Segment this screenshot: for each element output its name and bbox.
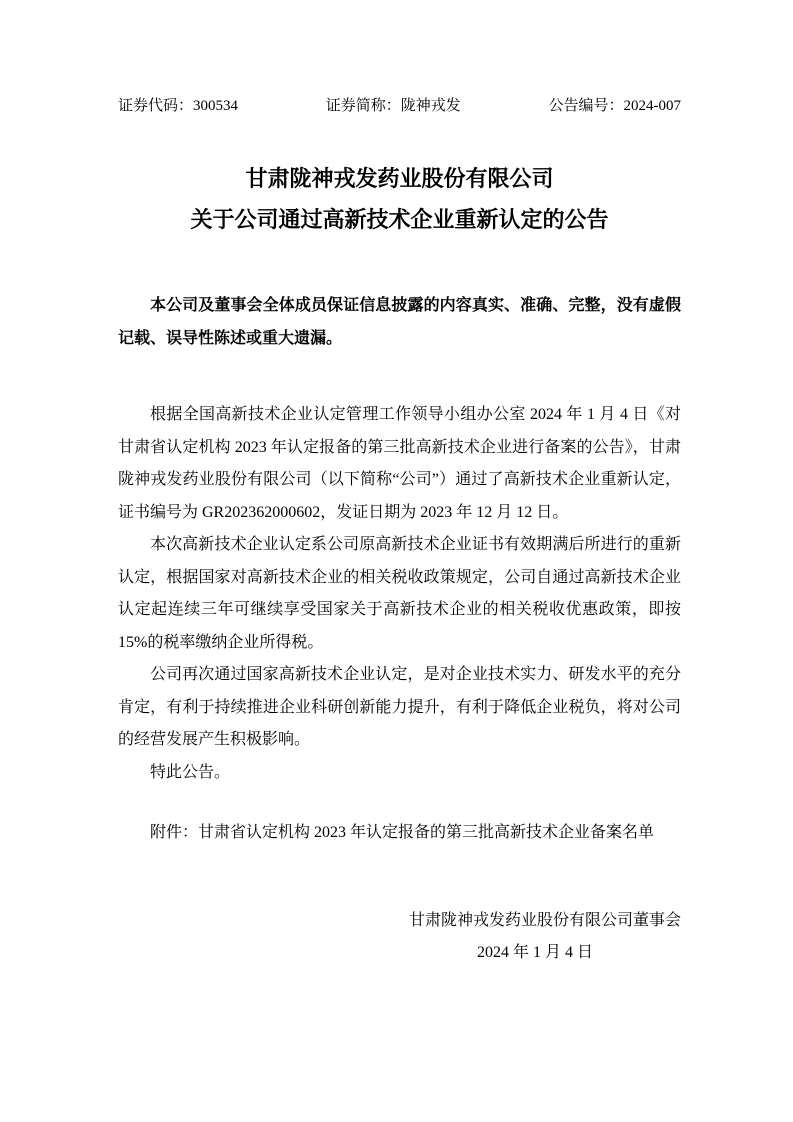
signature-block: 甘肃陇神戎发药业股份有限公司董事会 2024 年 1 月 4 日 (118, 905, 681, 970)
document-header: 证券代码：300534 证券简称：陇神戎发 公告编号：2024-007 (118, 96, 681, 116)
attachment-line: 附件：甘肃省认定机构 2023 年认定报备的第三批高新技术企业备案名单 (118, 817, 681, 850)
stock-abbreviation-value: 陇神戎发 (401, 98, 461, 114)
announcement-page: 证券代码：300534 证券简称：陇神戎发 公告编号：2024-007 甘肃陇神… (0, 0, 793, 1122)
announcement-number: 公告编号：2024-007 (548, 96, 681, 116)
signature-company: 甘肃陇神戎发药业股份有限公司董事会 (118, 905, 681, 938)
body-paragraph-certification: 根据全国高新技术企业认定管理工作领导小组办公室 2024 年 1 月 4 日《对… (118, 399, 681, 529)
body-paragraph-closing: 特此公告。 (118, 757, 681, 790)
stock-abbreviation: 证券简称：陇神戎发 (326, 96, 461, 116)
stock-abbreviation-label: 证券简称： (326, 98, 401, 114)
signature-date: 2024 年 1 月 4 日 (118, 937, 681, 970)
title-subject: 关于公司通过高新技术企业重新认定的公告 (118, 199, 681, 240)
title-company-name: 甘肃陇神戎发药业股份有限公司 (118, 158, 681, 199)
board-disclaimer: 本公司及董事会全体成员保证信息披露的内容真实、准确、完整，没有虚假记载、误导性陈… (118, 290, 681, 355)
announcement-body: 根据全国高新技术企业认定管理工作领导小组办公室 2024 年 1 月 4 日《对… (118, 399, 681, 789)
body-paragraph-tax-policy: 本次高新技术企业认定系公司原高新技术企业证书有效期满后所进行的重新认定，根据国家… (118, 529, 681, 659)
stock-code: 证券代码：300534 (118, 96, 238, 116)
stock-code-label: 证券代码： (118, 98, 193, 114)
document-title: 甘肃陇神戎发药业股份有限公司 关于公司通过高新技术企业重新认定的公告 (118, 158, 681, 240)
stock-code-value: 300534 (193, 98, 238, 114)
announcement-number-value: 2024-007 (624, 98, 682, 114)
announcement-number-label: 公告编号： (548, 98, 623, 114)
body-paragraph-impact: 公司再次通过国家高新技术企业认定，是对企业技术实力、研发水平的充分肯定，有利于持… (118, 659, 681, 757)
